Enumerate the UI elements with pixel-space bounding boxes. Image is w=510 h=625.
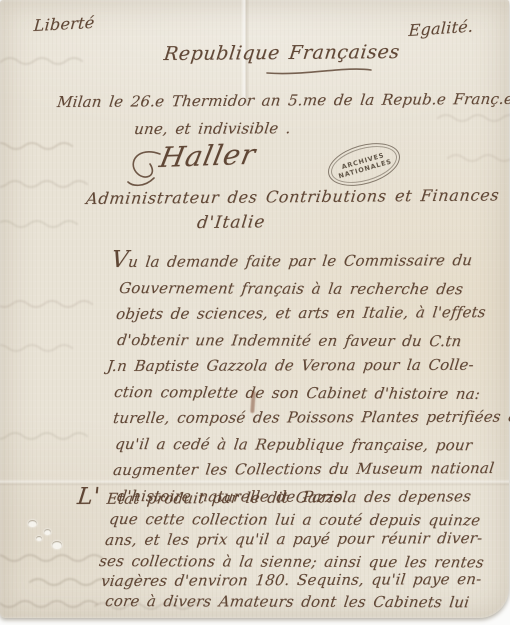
photo-frame: Liberté Egalité. Republique Françaises M… (0, 0, 510, 625)
body-line: turelle, composé des Poissons Plantes pe… (112, 407, 510, 428)
document-title: Republique Françaises (52, 41, 510, 65)
body-line: objets de sciences, et arts en Italie, à… (115, 302, 487, 324)
body-line: ans, et les prix qu'il a payé pour réuni… (104, 528, 484, 550)
stamp-text-line1: ARCHIVES (341, 151, 386, 171)
signer-title-place: d'Italie (196, 212, 267, 233)
paper-damage-spot (44, 529, 51, 535)
body-line: d'obtenir une Indemnité en faveur du C.t… (116, 330, 463, 351)
body-line: qu'il a cedé à la Republique française, … (114, 434, 473, 455)
body-line: viagères d'environ 180. Sequins, qu'il p… (100, 569, 483, 591)
body-line: ction complette de son Cabinet d'histoir… (113, 382, 481, 404)
paper-damage-spot (36, 536, 42, 541)
paper-damage-spot (52, 541, 62, 549)
body-line: que cette collection lui a couté depuis … (108, 509, 482, 530)
dateline-continuation: une, et indivisible . (133, 118, 292, 139)
body-line: augmenter les Collections du Museum nati… (112, 458, 495, 480)
body-line: core à divers Amateurs dont les Cabinets… (104, 591, 471, 612)
paper-damage-spot (28, 520, 37, 527)
motto-liberte: Liberté (33, 13, 95, 36)
body-line: L' Etat produit par le dit Gazzola des d… (76, 484, 472, 509)
stamp-text-line2: NATIONALES (338, 157, 393, 180)
letter-paper: Liberté Egalité. Republique Françaises M… (0, 0, 509, 618)
signature-haller: Haller (158, 145, 258, 168)
body-line: J.n Baptiste Gazzola de Verona pour la C… (106, 355, 475, 376)
signer-title: Administrateur des Contributions et Fina… (85, 185, 500, 209)
body-line: Gouvernement français à la recherche des (118, 278, 464, 299)
title-flourish-stroke (265, 64, 375, 78)
body-line: Vu la demande faite par le Commissaire d… (110, 248, 474, 272)
dateline: Milan le 26.e Thermidor an 5.me de la Re… (56, 89, 510, 112)
